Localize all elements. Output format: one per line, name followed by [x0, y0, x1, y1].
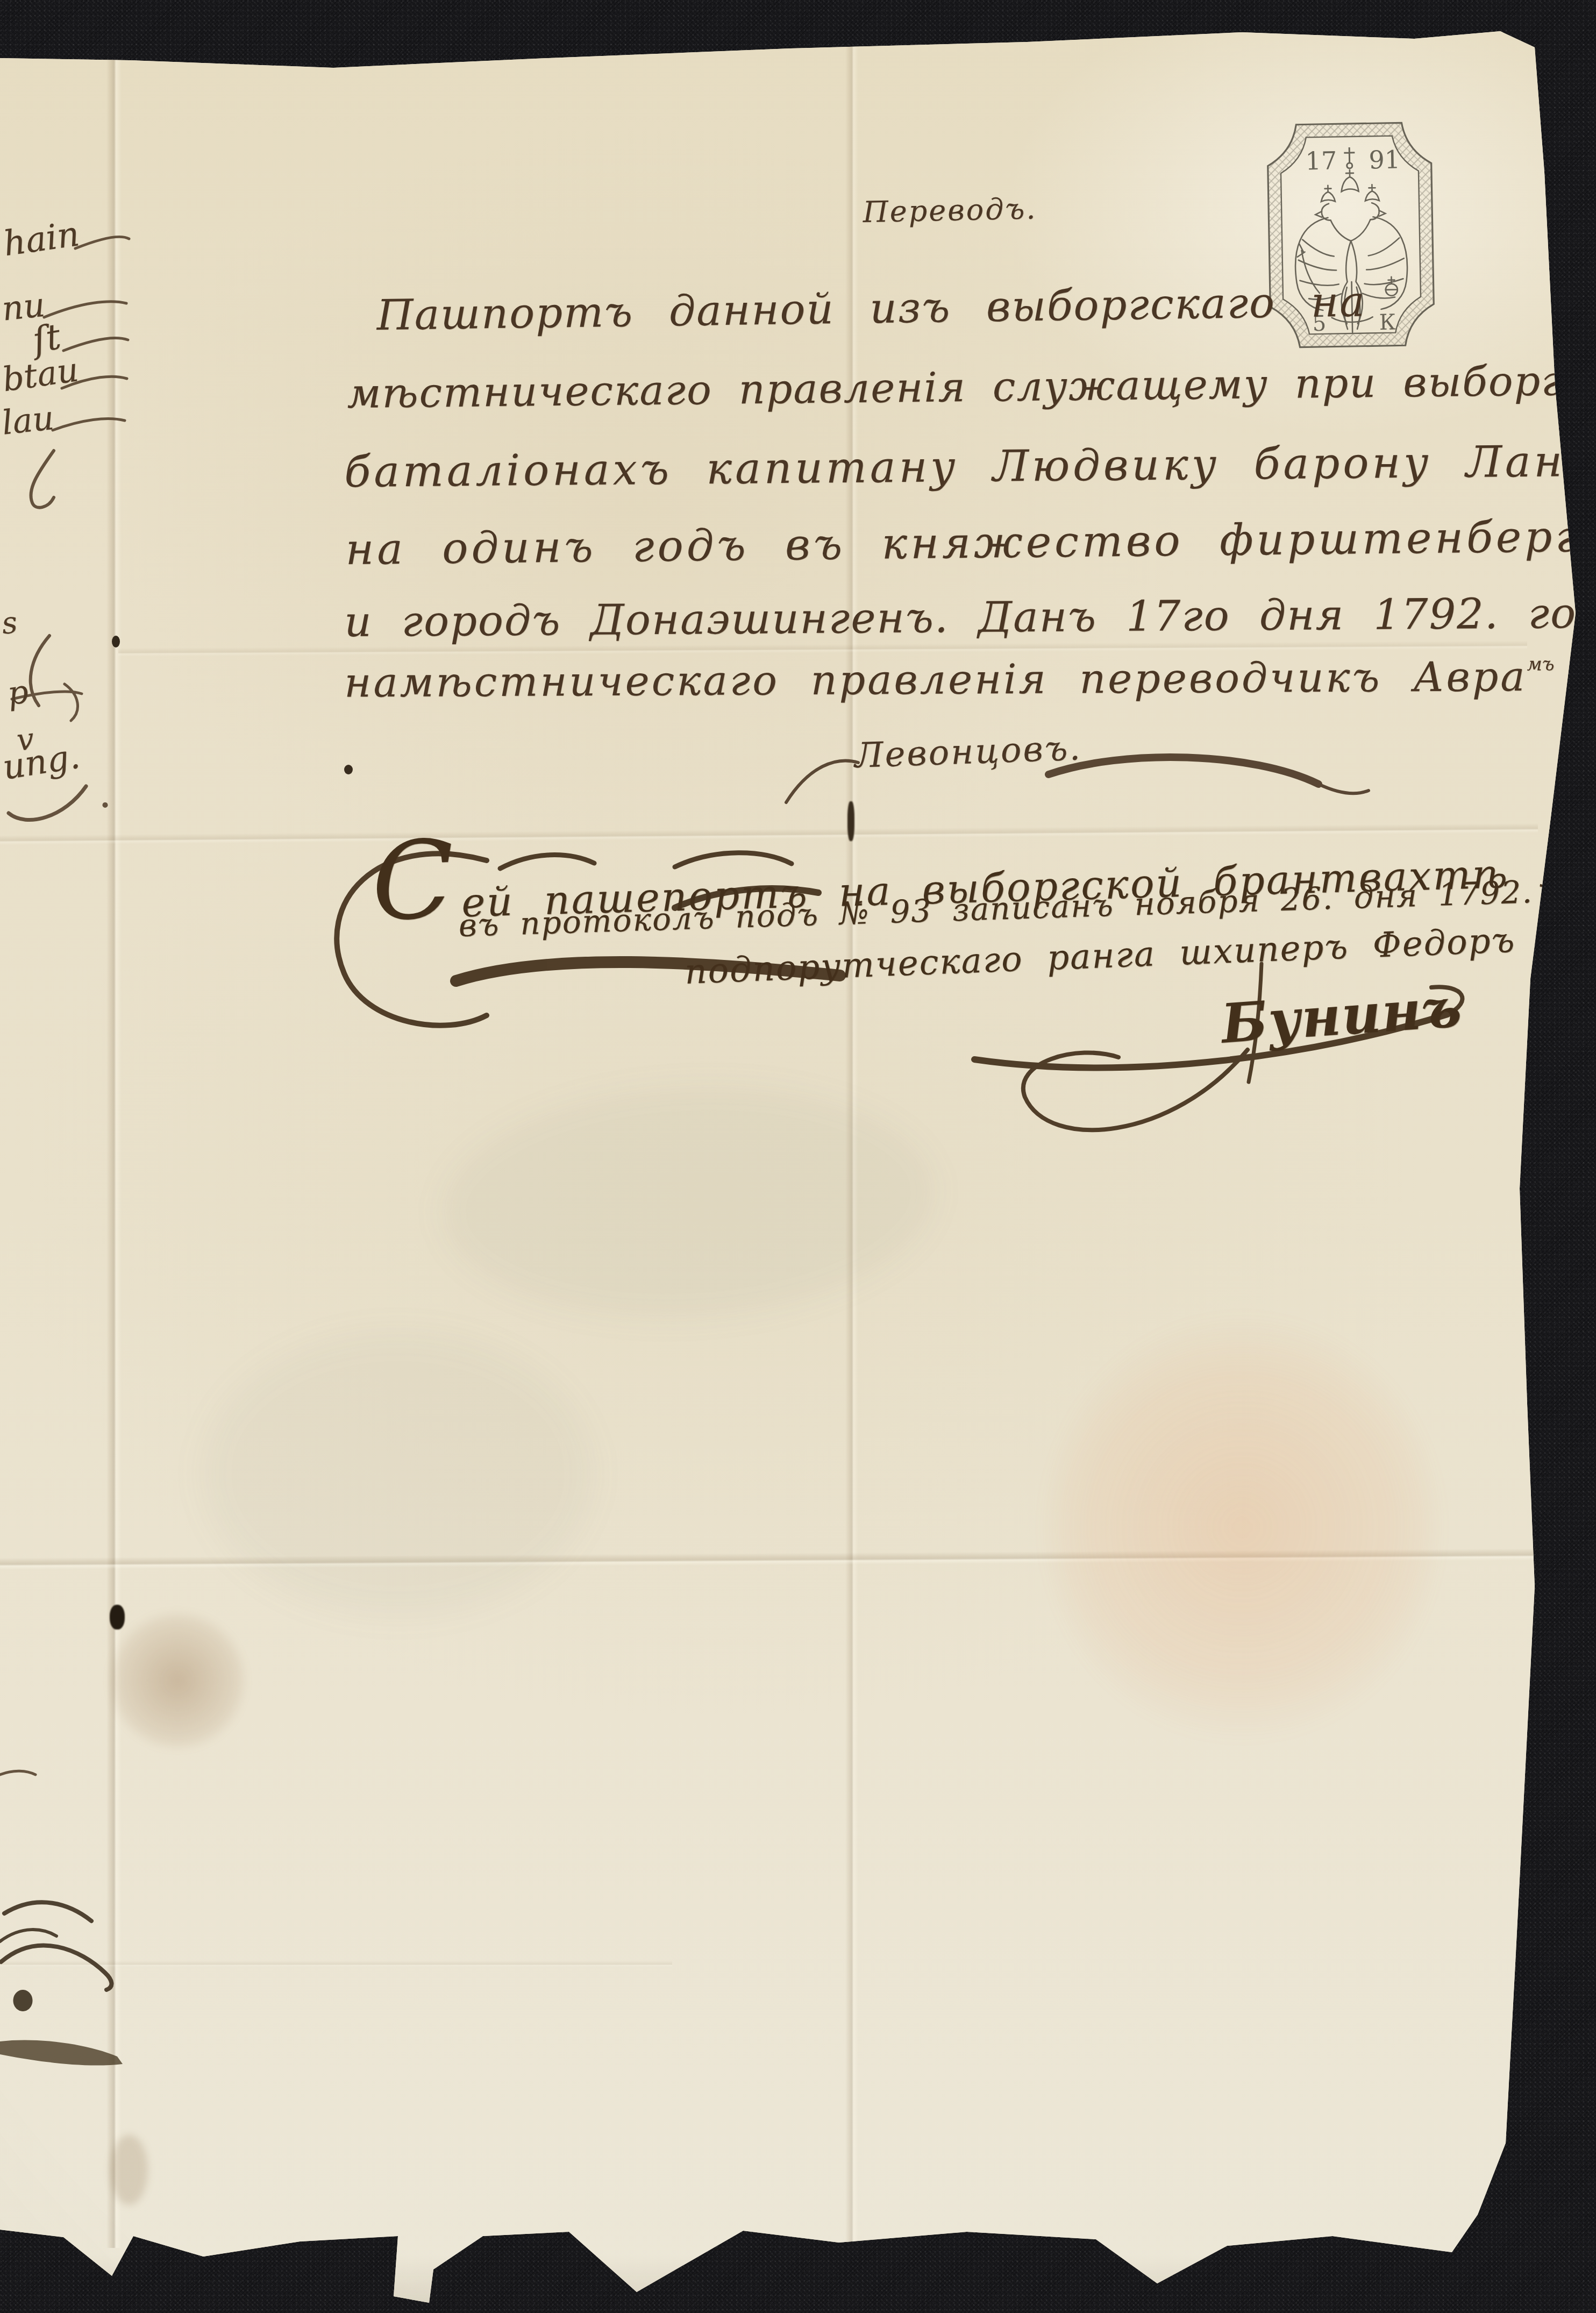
manuscript-line-2: мѣстническаго правленія служащему при вы… [347, 359, 1596, 414]
crease-ink-pinch [847, 801, 854, 841]
manuscript-line-5: и городъ Донаэшингенъ. Данъ 17го дня 179… [344, 592, 1596, 643]
skipper-signature-descender-loop [1023, 1050, 1248, 1130]
fragment-period-dot [102, 802, 108, 808]
stamp-denomination-currency: К [1379, 310, 1396, 336]
fragment-arc [65, 684, 78, 721]
fragment-paren-curve [31, 636, 49, 706]
crease-ink-dot-line6 [344, 765, 353, 774]
manuscript-line-3: баталіонахъ капитану Людвику барону Ланб… [344, 439, 1596, 494]
fragment-ung-loop [9, 786, 86, 820]
stamp-cross-icon [1344, 147, 1355, 168]
bottom-left-stroke [0, 1771, 35, 1775]
stamp-year-right: 91 [1369, 145, 1400, 174]
bottom-left-heavy-wedge [0, 2040, 123, 2066]
red-wax-seal-offset-stain [1049, 1318, 1436, 1737]
stamp-year: 17 91 [1305, 145, 1400, 175]
fragment-descender-loop [31, 451, 54, 508]
fragment-tail [75, 237, 129, 248]
stamp-year-left: 17 [1305, 146, 1337, 175]
fold-crease-left-vertical [106, 54, 122, 2248]
fragment-tail [44, 302, 126, 317]
certification-line-3: подпорутческаго ранга шхиперъ Федоръ [684, 923, 1516, 990]
fragment-tail [53, 419, 125, 430]
manuscript-line-1: Пашпортъ данной изъ выборгскаго на [376, 281, 1366, 337]
translator-signature: Левонцовъ. [854, 731, 1082, 773]
bottom-left-ink-blob [13, 1990, 33, 2011]
adjacent-page-fragment: p [5, 673, 31, 713]
bleed-through-ghost-2 [204, 1334, 592, 1613]
fold-crease-lower-horizontal [0, 1548, 1543, 1570]
bottom-left-signature-fragment-3 [1, 1946, 111, 1990]
line-6-text: намѣстническаго правленія переводчикъ Ав… [344, 652, 1527, 707]
bleed-through-ghost-1 [435, 1073, 941, 1330]
adjacent-page-fragment: btau [0, 350, 81, 399]
bottom-left-signature-fragment-1 [4, 1902, 91, 1921]
pen-flourishes-layer [0, 0, 1596, 2313]
photograph-on-black-fabric: 17 91 [0, 0, 1596, 2313]
left-crease-bottom-smudge [110, 2135, 148, 2205]
bottom-left-signature-fragment-2 [0, 1930, 56, 1941]
ink-hole-on-crease [110, 1605, 125, 1629]
fold-crease-bottom-horizontal [0, 1961, 672, 1967]
fragment-tail [63, 338, 128, 351]
line-6-superscript: мъ [1527, 653, 1554, 675]
brown-blot-stain [110, 1613, 245, 1748]
adjacent-page-fragment: hain [1, 214, 82, 264]
signature-long-dash [1049, 757, 1319, 784]
adjacent-page-fragment: ung. [0, 737, 83, 788]
adjacent-page-fragment: lau [0, 398, 56, 443]
manuscript-line-6: намѣстническаго правленія переводчикъ Ав… [344, 655, 1555, 703]
manuscript-line-4: на одинъ годъ въ княжество фирштенбергск… [345, 514, 1596, 571]
adjacent-page-fragment: s [0, 605, 19, 642]
manuscript-sheet: 17 91 [0, 0, 1596, 2313]
skipper-signature: Бунинъ [1220, 980, 1464, 1051]
heading-perevod: Переводъ. [863, 194, 1037, 227]
signature-lead-flourish [786, 761, 858, 802]
crease-ink-dot-upper [112, 636, 120, 647]
signature-dash-tail [1319, 784, 1369, 793]
